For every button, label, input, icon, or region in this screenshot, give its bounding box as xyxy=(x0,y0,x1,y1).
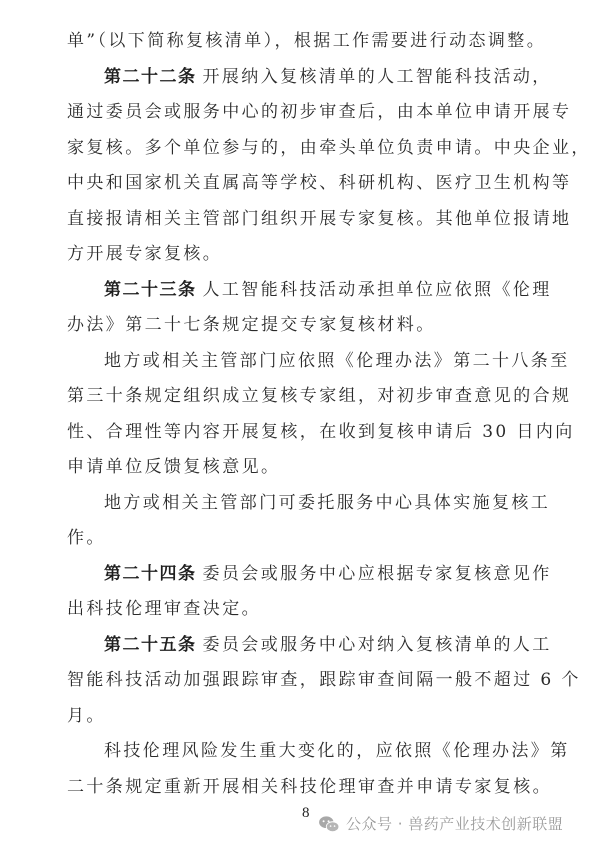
line-text: 开展纳入复核清单的人工智能科技活动， xyxy=(203,67,552,87)
text-line: 地方或相关主管部门可委托服务中心具体实施复核工 xyxy=(67,486,545,522)
line-text: 通过委员会或服务中心的初步审查后，由本单位申请开展专 xyxy=(67,102,571,122)
line-text: 委员会或服务中心应根据专家复核意见作 xyxy=(203,564,552,584)
text-line: 通过委员会或服务中心的初步审查后，由本单位申请开展专 xyxy=(67,95,545,131)
line-text: 性、合理性等内容开展复核，在收到复核申请后 30 日内向 xyxy=(67,422,575,442)
text-line: 作。 xyxy=(67,521,545,557)
line-text: 委员会或服务中心对纳入复核清单的人工 xyxy=(203,635,552,655)
article-heading-line: 第二十四条委员会或服务中心应根据专家复核意见作 xyxy=(67,557,545,593)
article-number: 第二十五条 xyxy=(104,635,197,655)
article-number: 第二十三条 xyxy=(104,280,197,300)
line-text: 出科技伦理审查决定。 xyxy=(67,599,261,619)
watermark-text: 公众号 · 兽药产业技术创新联盟 xyxy=(346,813,563,834)
wechat-icon xyxy=(318,815,340,833)
document-page: 单”（以下简称复核清单），根据工作需要进行动态调整。第二十二条开展纳入复核清单的… xyxy=(67,24,545,805)
text-line: 出科技伦理审查决定。 xyxy=(67,592,545,628)
page-number: 8 xyxy=(302,805,310,822)
text-line: 家复核。多个单位参与的，由牵头单位负责申请。中央企业， xyxy=(67,131,545,167)
line-text: 家复核。多个单位参与的，由牵头单位负责申请。中央企业， xyxy=(67,138,591,158)
text-line: 地方或相关主管部门应依照《伦理办法》第二十八条至 xyxy=(67,344,545,380)
article-number: 第二十四条 xyxy=(104,564,197,584)
line-text: 第三十条规定组织成立复核专家组，对初步审查意见的合规 xyxy=(67,386,571,406)
article-heading-line: 第二十二条开展纳入复核清单的人工智能科技活动， xyxy=(67,60,545,96)
line-text: 月。 xyxy=(67,706,106,726)
line-text: 地方或相关主管部门可委托服务中心具体实施复核工 xyxy=(104,493,550,513)
line-text: 直接报请相关主管部门组织开展专家复核。其他单位报请地 xyxy=(67,209,571,229)
line-text: 方开展专家复核。 xyxy=(67,244,222,264)
text-line: 二十条规定重新开展相关科技伦理审查并申请专家复核。 xyxy=(67,770,545,806)
text-line: 第三十条规定组织成立复核专家组，对初步审查意见的合规 xyxy=(67,379,545,415)
text-line: 办法》第二十七条规定提交专家复核材料。 xyxy=(67,308,545,344)
article-number: 第二十二条 xyxy=(104,67,197,87)
text-line: 科技伦理风险发生重大变化的，应依照《伦理办法》第 xyxy=(67,734,545,770)
line-text: 单”（以下简称复核清单），根据工作需要进行动态调整。 xyxy=(67,31,546,51)
line-text: 二十条规定重新开展相关科技伦理审查并申请专家复核。 xyxy=(67,777,552,797)
text-line: 智能科技活动加强跟踪审查，跟踪审查间隔一般不超过 6 个 xyxy=(67,663,545,699)
line-text: 人工智能科技活动承担单位应依照《伦理 xyxy=(203,280,552,300)
line-text: 科技伦理风险发生重大变化的，应依照《伦理办法》第 xyxy=(104,741,570,761)
text-line: 直接报请相关主管部门组织开展专家复核。其他单位报请地 xyxy=(67,202,545,238)
line-text: 申请单位反馈复核意见。 xyxy=(67,457,280,477)
article-heading-line: 第二十三条人工智能科技活动承担单位应依照《伦理 xyxy=(67,273,545,309)
text-line: 申请单位反馈复核意见。 xyxy=(67,450,545,486)
article-heading-line: 第二十五条委员会或服务中心对纳入复核清单的人工 xyxy=(67,628,545,664)
text-line: 性、合理性等内容开展复核，在收到复核申请后 30 日内向 xyxy=(67,415,545,451)
line-text: 中央和国家机关直属高等学校、科研机构、医疗卫生机构等 xyxy=(67,173,571,193)
line-text: 作。 xyxy=(67,528,106,548)
watermark: 公众号 · 兽药产业技术创新联盟 xyxy=(318,813,563,834)
text-line: 单”（以下简称复核清单），根据工作需要进行动态调整。 xyxy=(67,24,545,60)
text-line: 方开展专家复核。 xyxy=(67,237,545,273)
line-text: 地方或相关主管部门应依照《伦理办法》第二十八条至 xyxy=(104,351,570,371)
line-text: 智能科技活动加强跟踪审查，跟踪审查间隔一般不超过 6 个 xyxy=(67,670,581,690)
line-text: 办法》第二十七条规定提交专家复核材料。 xyxy=(67,315,436,335)
text-line: 月。 xyxy=(67,699,545,735)
text-line: 中央和国家机关直属高等学校、科研机构、医疗卫生机构等 xyxy=(67,166,545,202)
